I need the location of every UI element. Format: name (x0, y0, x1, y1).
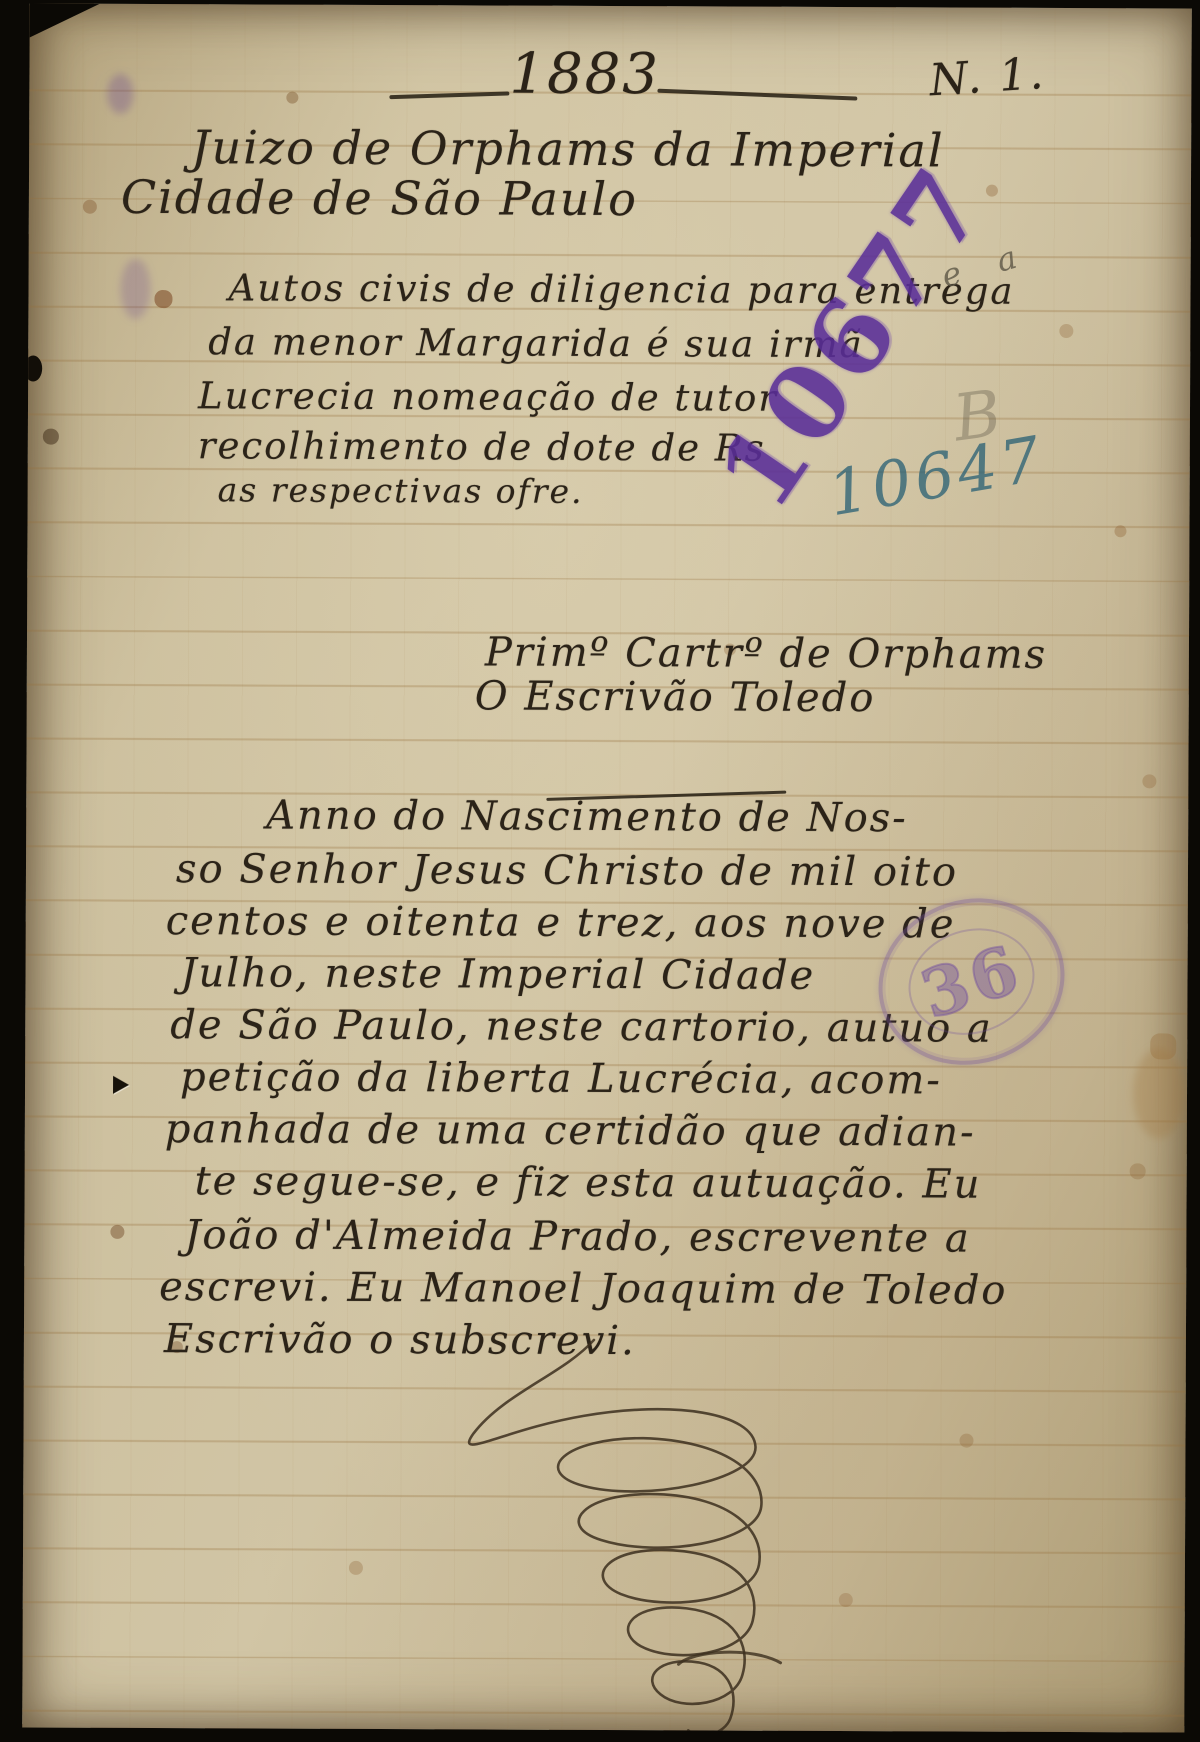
ink-smudge (107, 74, 133, 114)
summary-line: as respectivas ofre. (218, 470, 584, 511)
title-line: Juizo de Orphams da Imperial (191, 120, 945, 177)
title-line: Cidade de São Paulo (121, 170, 638, 226)
corner-notch (30, 3, 100, 37)
summary-line: recolhimento de dote de Rs (198, 424, 766, 469)
body-line: Anno do Nascimento de Nos- (266, 793, 908, 842)
court-office-line: O Escrivão Toledo (475, 673, 876, 721)
seal-inner-ring (895, 913, 1049, 1051)
ink-smudge (120, 259, 150, 319)
summary-line: Lucrecia nomeação de tutor (198, 374, 778, 420)
body-line: centos e oitenta e trez, aos nove de (166, 898, 956, 947)
spiral-flourish (442, 1333, 804, 1732)
body-line: escrevi. Eu Manoel Joaquim de Toledo (159, 1264, 1007, 1314)
stain-blob (1133, 1048, 1185, 1138)
manuscript-page: 1883 N. 1. Juizo de Orphams da Imperial … (22, 3, 1192, 1732)
body-line: panhada de uma certidão que adian- (165, 1106, 976, 1156)
year-header: 1883 (509, 42, 660, 108)
court-office-line: Primº Cartrº de Orphams (485, 629, 1047, 677)
body-line: Julho, neste Imperial Cidade (180, 950, 815, 999)
body-line: petição da liberta Lucrécia, acom- (180, 1054, 942, 1103)
paper-tear-mark (113, 1076, 129, 1094)
body-line: so Senhor Jesus Christo de mil oito (176, 846, 958, 895)
body-line: João d'Almeida Prado, escrevente a (184, 1212, 971, 1261)
pencil-mark: B (949, 377, 1006, 457)
body-line: te segue-se, e fiz esta autuação. Eu (195, 1158, 982, 1207)
body-line: de São Paulo, neste cartorio, autuo a (170, 1002, 993, 1052)
folio-mark: N. 1. (928, 48, 1047, 106)
binding-hole (24, 355, 42, 381)
